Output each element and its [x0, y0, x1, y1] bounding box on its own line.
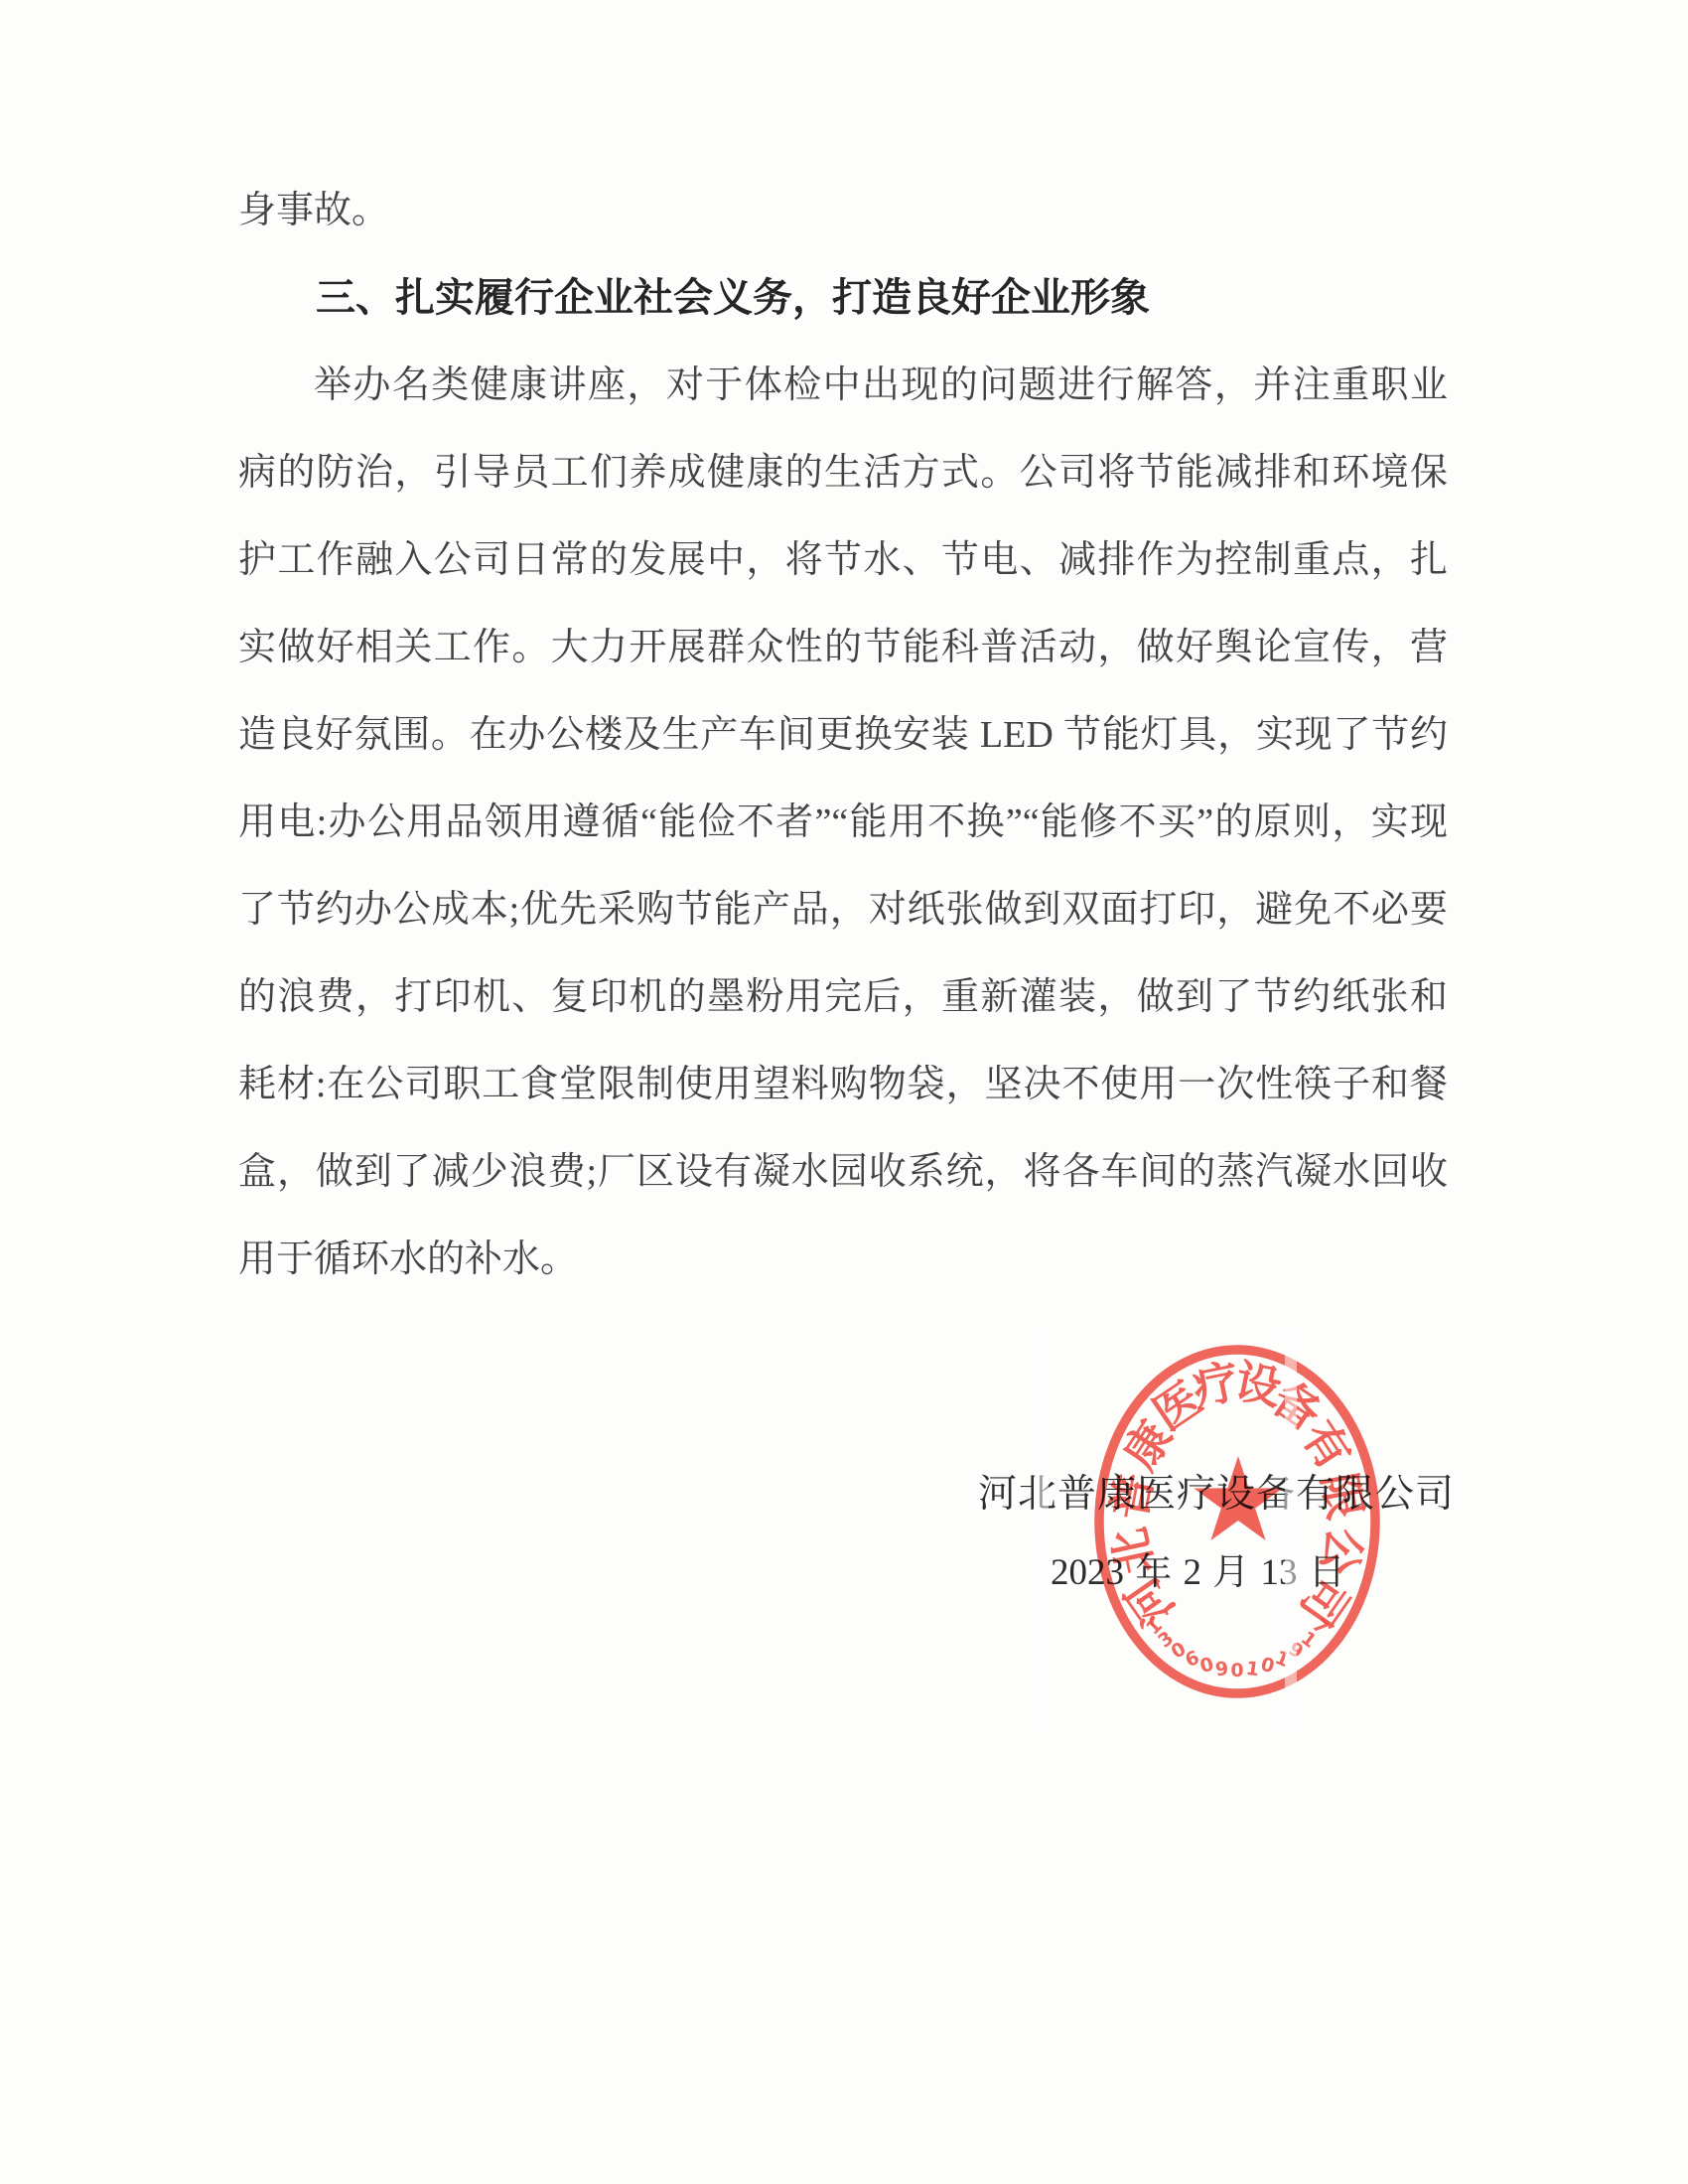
document-body: 身事故。三、扎实履行企业社会义务，打造良好企业形象举办名类健康讲座，对于体检中出…	[238, 167, 1448, 1303]
text-line: 实做好相关工作。大力开展群众性的节能科普活动，做好舆论宣传，营	[238, 604, 1448, 691]
text-line: 的浪费，打印机、复印机的墨粉用完后，重新灌装，做到了节约纸张和	[238, 953, 1448, 1041]
company-seal-stamp: 河北普康医疗设备有限公司 1306090101917	[1091, 1342, 1383, 1701]
text-line: 用于循环水的补水。	[238, 1216, 1448, 1303]
seal-glyph: 北	[1104, 1524, 1164, 1579]
seal-glyph: 0	[1230, 1660, 1243, 1681]
section-heading: 三、扎实履行企业社会义务，打造良好企业形象	[238, 254, 1448, 342]
text-line: 护工作融入公司日常的发展中，将节水、节电、减排作为控制重点，扎	[238, 516, 1448, 604]
text-line: 病的防治，引导员工们养成健康的生活方式。公司将节能减排和环境保	[238, 429, 1448, 516]
seal-star-icon	[1194, 1456, 1282, 1540]
seal-glyph: 1	[1244, 1658, 1260, 1681]
seal-glyph: 9	[1214, 1658, 1230, 1681]
text-line: 造良好氛围。在办公楼及生产车间更换安装 LED 节能灯具，实现了节约	[238, 691, 1448, 779]
seal-glyph: 0	[1197, 1654, 1215, 1678]
text-line: 盒，做到了减少浪费;厂区设有凝水园收系统，将各车间的蒸汽凝水回收	[238, 1128, 1448, 1216]
scan-artifact-band	[1037, 1331, 1049, 1728]
text-line: 身事故。	[238, 167, 1448, 254]
text-line: 了节约办公成本;优先采购节能产品，对纸张做到双面打印，避免不必要	[238, 866, 1448, 953]
text-line: 用电:办公用品领用遵循“能俭不者”“能用不换”“能修不买”的原则，实现	[238, 779, 1448, 866]
scanned-document-page: 身事故。三、扎实履行企业社会义务，打造良好企业形象举办名类健康讲座，对于体检中出…	[0, 0, 1688, 2184]
text-line: 耗材:在公司职工食堂限制使用望料购物袋，坚决不使用一次性筷子和餐	[238, 1041, 1448, 1128]
text-line: 举办名类健康讲座，对于体检中出现的问题进行解答，并注重职业	[238, 342, 1448, 429]
seal-glyph: 限	[1313, 1469, 1371, 1524]
seal-glyph: 普	[1104, 1469, 1163, 1524]
